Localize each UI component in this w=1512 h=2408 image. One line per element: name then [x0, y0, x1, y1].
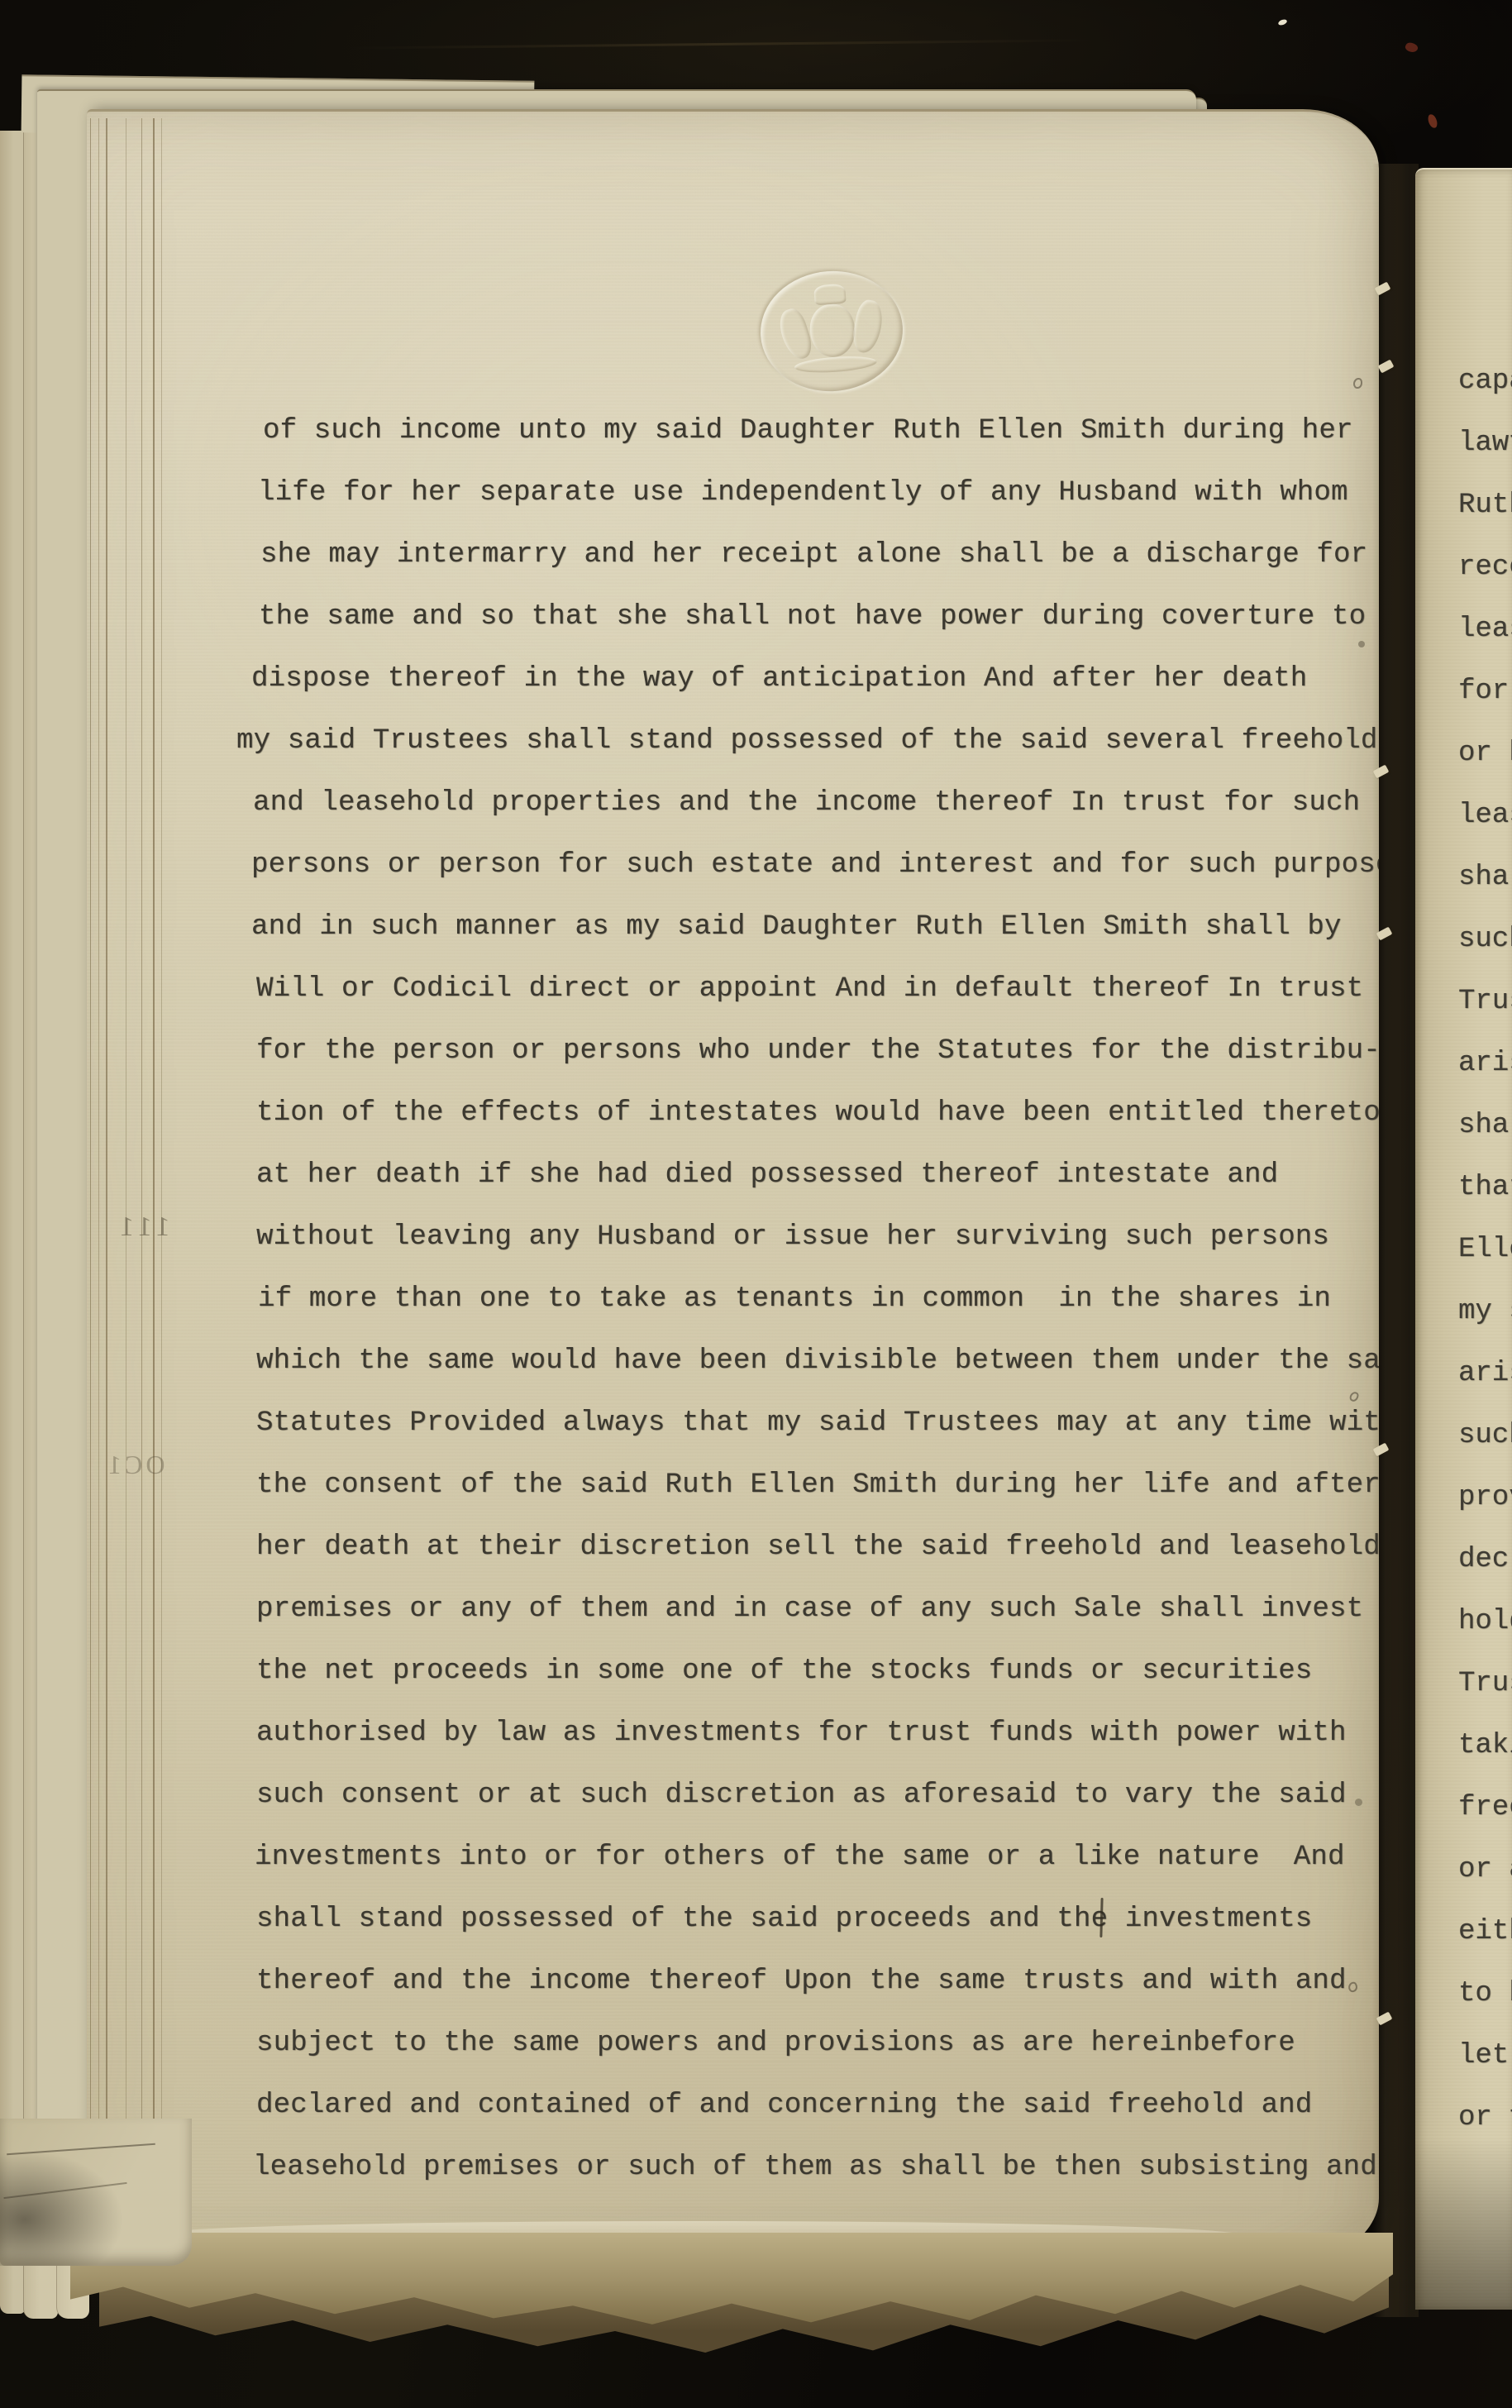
page-edge-line	[106, 118, 107, 2265]
typewritten-fragment: hold	[1458, 1607, 1512, 1669]
typewritten-fragment: rece	[1458, 552, 1512, 614]
bleed-through-mark: OC1	[105, 1450, 165, 1480]
page-edge-line	[153, 118, 155, 2265]
typewritten-fragment: shal	[1458, 1111, 1512, 1173]
typewritten-line: the net proceeds in some one of the stoc…	[256, 1656, 1379, 1718]
ink-speck	[1353, 378, 1362, 389]
typewritten-fragment: Elle	[1458, 1235, 1512, 1297]
typewritten-line: subject to the same powers and provision…	[256, 2028, 1379, 2090]
typewritten-fragment: for	[1458, 676, 1512, 738]
typewritten-line: thereof and the income thereof Upon the …	[256, 1966, 1379, 2028]
typewritten-fragment: Trus	[1458, 987, 1512, 1049]
typewritten-fragment: my s	[1458, 1297, 1512, 1359]
typewritten-fragment: eith	[1458, 1917, 1512, 1979]
page-edge-line	[98, 118, 99, 2265]
page-stack-edge	[0, 131, 25, 2314]
typewritten-line: such consent or at such discretion as af…	[256, 1780, 1379, 1842]
typewritten-line: at her death if she had died possessed t…	[256, 1160, 1379, 1222]
page-bottom-shadow	[1415, 2138, 1512, 2310]
typewritten-line: life for her separate use independently …	[258, 478, 1379, 540]
bleed-through-mark: 111	[115, 1211, 169, 1243]
typewritten-fragment: or h	[1458, 738, 1512, 800]
typewritten-line: for the person or persons who under the …	[256, 1036, 1379, 1098]
ink-speck	[1358, 641, 1365, 647]
adjacent-page: capalawfRuthreceleasforor hleasshalsuchT…	[1415, 168, 1512, 2310]
corner-shadow-smudge	[0, 2150, 124, 2266]
typewritten-fragment: Trus	[1458, 1669, 1512, 1731]
typewritten-fragment: that	[1458, 1173, 1512, 1235]
typewritten-fragment: or a	[1458, 1855, 1512, 1917]
typewritten-fragment: prov	[1458, 1483, 1512, 1545]
typewritten-fragment: such	[1458, 924, 1512, 987]
typewritten-line: without leaving any Husband or issue her…	[256, 1222, 1379, 1284]
ink-speck	[1355, 1799, 1362, 1806]
background-streak	[347, 39, 1091, 49]
typewritten-fragment: capa	[1458, 366, 1512, 428]
typewritten-line: premises or any of them and in case of a…	[256, 1594, 1379, 1656]
typewritten-line: the consent of the said Ruth Ellen Smith…	[256, 1470, 1379, 1532]
typewritten-fragment: taki	[1458, 1731, 1512, 1793]
typewritten-fragment: Ruth	[1458, 490, 1512, 552]
seal-crown-icon	[813, 284, 847, 306]
typewritten-line: tion of the effects of intestates would …	[256, 1098, 1379, 1160]
adjacent-page-text-fragments: capalawfRuthreceleasforor hleasshalsuchT…	[1458, 366, 1512, 2165]
page-edge-line	[161, 118, 162, 2265]
typewritten-fragment: leas	[1458, 614, 1512, 676]
typewritten-line: dispose thereof in the way of anticipati…	[251, 664, 1379, 726]
typewritten-fragment: to b	[1458, 1979, 1512, 2041]
typewritten-line: the same and so that she shall not have …	[259, 602, 1379, 664]
typewritten-line: her death at their discretion sell the s…	[256, 1532, 1379, 1594]
page-edge-line	[90, 118, 91, 2265]
seal-shield-icon	[808, 303, 856, 359]
typewritten-fragment: shal	[1458, 862, 1512, 924]
royal-coat-of-arms-embossed-seal-icon	[756, 266, 907, 396]
page-edge-line	[141, 118, 142, 2265]
document-page: of such income unto my said Daughter Rut…	[87, 109, 1379, 2272]
typewritten-line: shall stand possessed of the said procee…	[256, 1904, 1379, 1966]
typewritten-line: authorised by law as investments for tru…	[256, 1718, 1379, 1780]
typewritten-fragment: lawf	[1458, 428, 1512, 490]
typewritten-fragment: let	[1458, 2041, 1512, 2103]
typewritten-line: my said Trustees shall stand possessed o…	[236, 726, 1379, 788]
typewritten-line: leasehold premises or such of them as sh…	[253, 2152, 1379, 2214]
typewritten-line: investments into or for others of the sa…	[255, 1842, 1379, 1904]
typewritten-line: which the same would have been divisible…	[256, 1346, 1379, 1408]
typewritten-line: she may intermarry and her receipt alone…	[260, 540, 1379, 602]
typewritten-line: and leasehold properties and the income …	[253, 788, 1379, 850]
typewritten-fragment: leas	[1458, 800, 1512, 862]
book-gutter-shadow	[1372, 164, 1419, 2317]
typewritten-fragment: decl	[1458, 1545, 1512, 1607]
typewritten-line: and in such manner as my said Daughter R…	[251, 912, 1379, 974]
typewritten-fragment: free	[1458, 1793, 1512, 1855]
typewritten-fragment: such	[1458, 1421, 1512, 1483]
typewritten-text-block: of such income unto my said Daughter Rut…	[256, 416, 1379, 2268]
scanned-book-photograph: of such income unto my said Daughter Rut…	[0, 0, 1512, 2408]
typewritten-line: declared and contained of and concerning…	[256, 2090, 1379, 2152]
typewritten-line: if more than one to take as tenants in c…	[258, 1284, 1379, 1346]
seal-unicorn-supporter-icon	[850, 299, 885, 356]
typewritten-line: of such income unto my said Daughter Rut…	[263, 416, 1379, 478]
page-edge-line	[126, 118, 126, 2265]
binding-speck	[1404, 41, 1419, 54]
typewritten-line: Statutes Provided always that my said Tr…	[256, 1408, 1379, 1470]
binding-speck	[1427, 113, 1438, 129]
paper-speck	[1277, 18, 1287, 26]
typewritten-line: Will or Codicil direct or appoint And in…	[256, 974, 1379, 1036]
typewritten-fragment: aris	[1458, 1049, 1512, 1111]
typewritten-line: persons or person for such estate and in…	[251, 850, 1379, 912]
typewritten-fragment: aris	[1458, 1359, 1512, 1421]
